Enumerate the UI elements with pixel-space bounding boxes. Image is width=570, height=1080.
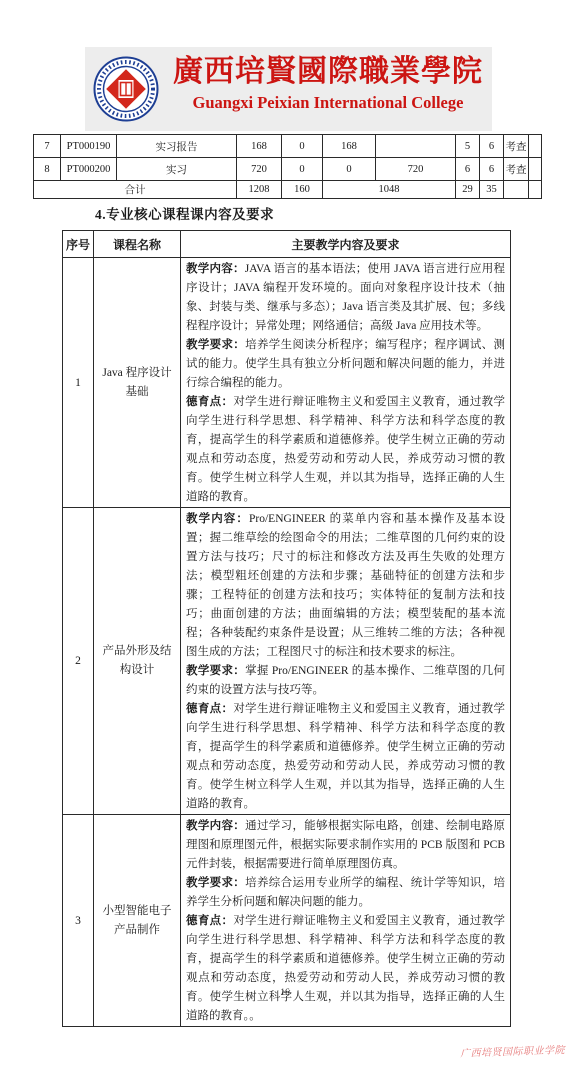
empty-cell <box>529 181 542 199</box>
document-page: 廣西培賢國際職業學院 Guangxi Peixian International… <box>0 0 570 1080</box>
course-name: 实习报告 <box>117 135 237 158</box>
table-header-row: 序号 课程名称 主要教学内容及要求 <box>63 231 511 258</box>
total-col: 160 <box>282 181 323 199</box>
term-col: 6 <box>480 135 504 158</box>
total-col: 1048 <box>323 181 456 199</box>
teaching-requirement-paragraph: 教学要求：培养学生阅读分析程序；编写程序；程序调试、测试的能力。使学生具有独立分… <box>186 336 505 393</box>
college-header: 廣西培賢國際職業學院 Guangxi Peixian International… <box>85 47 492 131</box>
page-number: 16 <box>255 988 315 998</box>
empty-cell <box>504 181 529 199</box>
course-no: 2 <box>63 508 94 815</box>
course-content: 教学内容：JAVA 语言的基本语法；使用 JAVA 语言进行应用程序设计；JAV… <box>181 258 511 508</box>
course-content: 教学内容：Pro/ENGINEER 的菜单内容和基本操作及基本设置；握二维草绘的… <box>181 508 511 815</box>
hours-col: 168 <box>323 135 376 158</box>
paragraph-label: 教学要求： <box>186 877 245 889</box>
hours-col: 720 <box>376 158 456 181</box>
course-name: 产品外形及结构设计 <box>94 508 181 815</box>
paragraph-label: 教学内容： <box>186 820 245 832</box>
course-name: Java 程序设计基础 <box>94 258 181 508</box>
college-title-chinese: 廣西培賢國際職業學院 <box>167 51 489 93</box>
course-code: PT000200 <box>61 158 117 181</box>
paragraph-label: 教学要求： <box>186 665 245 677</box>
teaching-content-paragraph: 教学内容：JAVA 语言的基本语法；使用 JAVA 语言进行应用程序设计；JAV… <box>186 260 505 336</box>
core-course-content-table: 序号 课程名称 主要教学内容及要求 1 Java 程序设计基础 教学内容：JAV… <box>62 230 511 1027</box>
moral-education-paragraph: 德育点：对学生进行辩证唯物主义和爱国主义教育，通过教学向学生进行科学思想、科学精… <box>186 393 505 507</box>
term-col: 6 <box>480 158 504 181</box>
header-course-name: 课程名称 <box>94 231 181 258</box>
header-seq: 序号 <box>63 231 94 258</box>
course-hours-summary-table: 7 PT000190 实习报告 168 0 168 5 6 考查 8 PT000… <box>33 134 542 199</box>
empty-cell <box>529 135 542 158</box>
table-total-row: 合计 1208 160 1048 29 35 <box>34 181 542 199</box>
table-row: 7 PT000190 实习报告 168 0 168 5 6 考查 <box>34 135 542 158</box>
hours-total: 168 <box>237 135 282 158</box>
total-label: 合计 <box>34 181 237 199</box>
hours-total: 720 <box>237 158 282 181</box>
course-no: 1 <box>63 258 94 508</box>
paragraph-label: 德育点： <box>186 703 233 715</box>
table-row: 8 PT000200 实习 720 0 0 720 6 6 考查 <box>34 158 542 181</box>
exam-type: 考查 <box>504 135 529 158</box>
empty-cell <box>529 158 542 181</box>
table-row: 1 Java 程序设计基础 教学内容：JAVA 语言的基本语法；使用 JAVA … <box>63 258 511 508</box>
header-content: 主要教学内容及要求 <box>181 231 511 258</box>
paragraph-label: 教学内容： <box>186 263 245 275</box>
row-no: 7 <box>34 135 61 158</box>
college-watermark: 广西培贤国际职业学院 <box>455 1041 565 1060</box>
teaching-content-paragraph: 教学内容：Pro/ENGINEER 的菜单内容和基本操作及基本设置；握二维草绘的… <box>186 510 505 662</box>
college-seal-icon <box>93 56 159 122</box>
teaching-requirement-paragraph: 教学要求：培养综合运用专业所学的编程、统计学等知识，培养学生分析问题和解决问题的… <box>186 874 505 912</box>
exam-type: 考查 <box>504 158 529 181</box>
paragraph-text: 对学生进行辩证唯物主义和爱国主义教育，通过教学向学生进行科学思想、科学精神、科学… <box>186 915 505 1022</box>
total-credit: 29 <box>456 181 480 199</box>
teaching-requirement-paragraph: 教学要求：掌握 Pro/ENGINEER 的基本操作、二维草图的几何约束的设置方… <box>186 662 505 700</box>
credit-col: 5 <box>456 135 480 158</box>
paragraph-label: 德育点： <box>186 915 233 927</box>
paragraph-label: 德育点： <box>186 396 233 408</box>
row-no: 8 <box>34 158 61 181</box>
hours-col: 0 <box>323 158 376 181</box>
course-no: 3 <box>63 815 94 1027</box>
moral-education-paragraph: 德育点：对学生进行辩证唯物主义和爱国主义教育，通过教学向学生进行科学思想、科学精… <box>186 700 505 814</box>
course-code: PT000190 <box>61 135 117 158</box>
paragraph-label: 教学内容： <box>186 513 249 525</box>
hours-col: 0 <box>282 158 323 181</box>
paragraph-text: Pro/ENGINEER 的菜单内容和基本操作及基本设置；握二维草绘的绘图命令的… <box>186 513 505 658</box>
college-seal-logo <box>93 56 159 122</box>
course-content: 教学内容：通过学习，能够根据实际电路，创建、绘制电路原理图和原理图元件，根据实际… <box>181 815 511 1027</box>
course-name: 实习 <box>117 158 237 181</box>
teaching-content-paragraph: 教学内容：通过学习，能够根据实际电路，创建、绘制电路原理图和原理图元件，根据实际… <box>186 817 505 874</box>
section-heading: 4.专业核心课程课内容及要求 <box>95 203 274 223</box>
hours-col <box>376 135 456 158</box>
table-row: 2 产品外形及结构设计 教学内容：Pro/ENGINEER 的菜单内容和基本操作… <box>63 508 511 815</box>
paragraph-label: 教学要求： <box>186 339 245 351</box>
paragraph-text: 对学生进行辩证唯物主义和爱国主义教育，通过教学向学生进行科学思想、科学精神、科学… <box>186 703 505 810</box>
college-title-english: Guangxi Peixian International College <box>167 93 489 113</box>
paragraph-text: 对学生进行辩证唯物主义和爱国主义教育，通过教学向学生进行科学思想、科学精神、科学… <box>186 396 505 503</box>
college-title-block: 廣西培賢國際職業學院 Guangxi Peixian International… <box>167 51 489 113</box>
moral-education-paragraph: 德育点：对学生进行辩证唯物主义和爱国主义教育，通过教学向学生进行科学思想、科学精… <box>186 912 505 1026</box>
total-term: 35 <box>480 181 504 199</box>
hours-col: 0 <box>282 135 323 158</box>
credit-col: 6 <box>456 158 480 181</box>
total-hours: 1208 <box>237 181 282 199</box>
course-name: 小型智能电子产品制作 <box>94 815 181 1027</box>
